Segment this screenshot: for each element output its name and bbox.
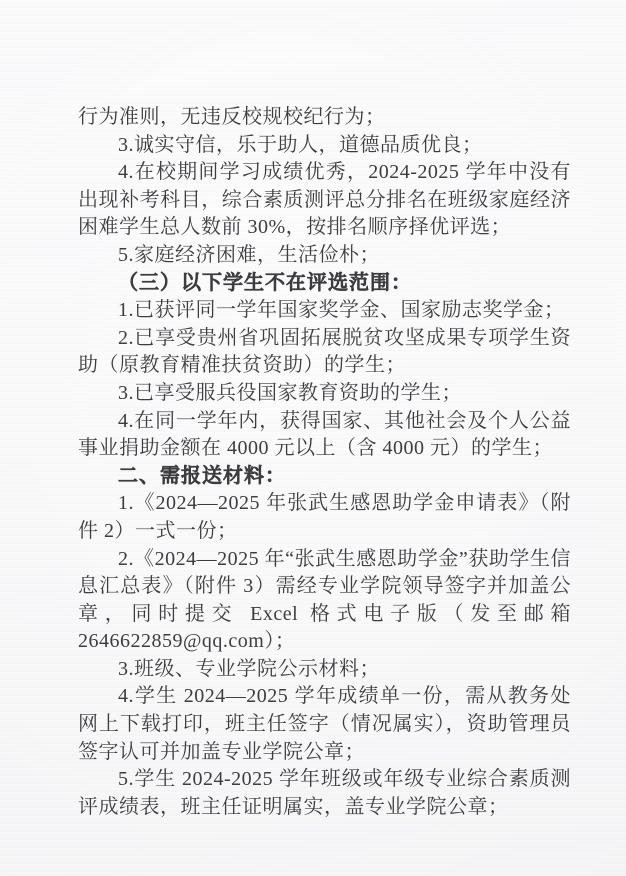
document-list-item: 5.学生 2024-2025 学年班级或年级专业综合素质测评成绩表，班主任证明属… bbox=[78, 766, 571, 821]
scanned-document-page: 行为准则，无违反校规校纪行为； 3.诚实守信，乐于助人，道德品质优良； 4.在校… bbox=[0, 0, 626, 876]
document-list-item: 2.已享受贵州省巩固拓展脱贫攻坚成果专项学生资助（原教育精准扶贫资助）的学生； bbox=[78, 325, 571, 380]
document-list-item: 4.学生 2024—2025 学年成绩单一份，需从教务处网上下载打印，班主任签字… bbox=[78, 683, 571, 766]
document-list-item: 2.《2024—2025 年“张武生感恩助学金”获助学生信息汇总表》（附件 3）… bbox=[78, 546, 571, 656]
document-paragraph: 行为准则，无违反校规校纪行为； bbox=[78, 104, 571, 132]
section-heading: （三）以下学生不在评选范围： bbox=[78, 270, 571, 298]
document-list-item: 4.在同一学年内，获得国家、其他社会及个人公益事业捐助金额在 4000 元以上（… bbox=[78, 408, 571, 463]
document-body: 行为准则，无违反校规校纪行为； 3.诚实守信，乐于助人，道德品质优良； 4.在校… bbox=[78, 104, 571, 821]
document-list-item: 5.家庭经济困难，生活俭朴； bbox=[78, 242, 571, 270]
document-list-item: 1.《2024—2025 年张武生感恩助学金申请表》（附件 2）一式一份； bbox=[78, 490, 571, 545]
section-heading: 二、需报送材料： bbox=[78, 463, 571, 491]
document-list-item: 3.已享受服兵役国家教育资助的学生； bbox=[78, 380, 571, 408]
document-list-item: 4.在校期间学习成绩优秀，2024-2025 学年中没有出现补考科目，综合素质测… bbox=[78, 159, 571, 242]
document-list-item: 3.班级、专业学院公示材料； bbox=[78, 656, 571, 684]
document-list-item: 3.诚实守信，乐于助人，道德品质优良； bbox=[78, 132, 571, 160]
document-list-item: 1.已获评同一学年国家奖学金、国家励志奖学金； bbox=[78, 297, 571, 325]
